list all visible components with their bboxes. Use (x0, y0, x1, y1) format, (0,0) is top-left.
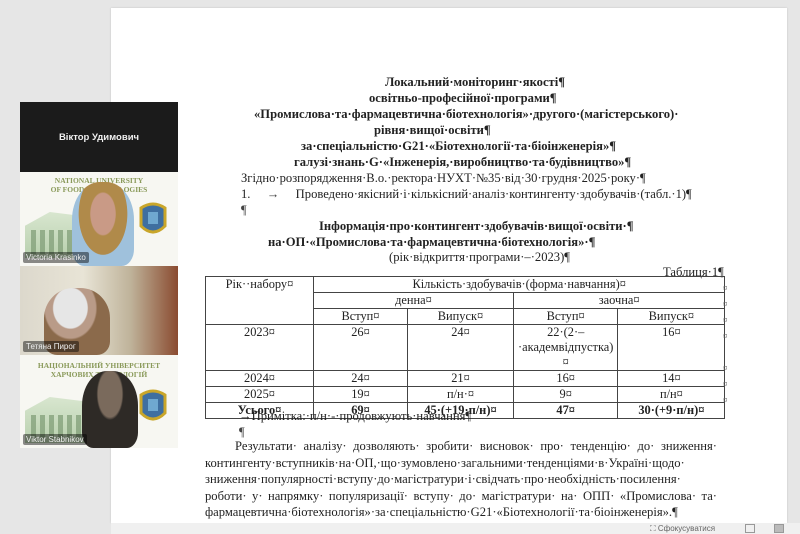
header-admission-part: Вступ¤ (514, 309, 618, 325)
cell: 19¤ (314, 387, 408, 403)
table-row: 2023¤ 26¤ 24¤ 22·(2·–·академвідпустка)¤ … (206, 325, 725, 371)
cell-year: 2025¤ (206, 387, 314, 403)
cell: 21¤ (408, 371, 514, 387)
header-part-time: заочна¤ (514, 293, 725, 309)
header-year: Рік··набору¤ (206, 277, 314, 325)
conclusion-text: Результати· аналізу· дозволяють· зробити… (205, 439, 717, 519)
participant-name: Тетяна Пирог (23, 341, 79, 352)
cell: 24¤ (314, 371, 408, 387)
cell: 26¤ (314, 325, 408, 371)
document-page[interactable]: Локальний·моніторинг·якості¶ освітньо-пр… (111, 8, 787, 523)
list-number: 1. (241, 187, 250, 201)
table-subheading: (рік·відкриття·програми·–·2023)¶ (389, 249, 570, 265)
heading-line-2: освітньо-професійної·програми¶ (369, 90, 557, 106)
row-end-mark: ¤ (723, 280, 728, 296)
row-end-mark: ¤ (723, 392, 728, 408)
empty-paragraph: ¶ (241, 202, 247, 218)
video-participants-panel: Віктор Удимович NATIONAL UNIVERSITY OF F… (20, 102, 178, 448)
heading-line-5: за·спеціальністю·G21·«Біотехнології·та·б… (301, 138, 616, 154)
participant-name: Віктор Удимович (59, 132, 139, 143)
list-item-1: 1. → Проведено·якісний·і·кількісний·анал… (241, 186, 692, 202)
heading-line-6: галузі·знань·G·«Інженерія,·виробництво·т… (294, 154, 631, 170)
tab-arrow: → (267, 187, 280, 201)
table-heading-line-2: на·ОП·«Промислова·та·фармацевтична·біоте… (268, 234, 595, 250)
heading-line-3: «Промислова·та·фармацевтична·біотехнолог… (254, 106, 678, 122)
table-note: →Примітка:·п/н·-·продовжують·навчання¶ (239, 408, 471, 424)
cell: п/н·¤ (408, 387, 514, 403)
cell: 16¤ (618, 325, 725, 371)
row-end-mark: ¤ (723, 296, 728, 312)
background-text: НАЦІОНАЛЬНИЙ УНІВЕРСИТЕТ (20, 361, 178, 370)
participant-tile[interactable]: НАЦІОНАЛЬНИЙ УНІВЕРСИТЕТ ХАРЧОВИХ ТЕХНОЛ… (20, 355, 178, 448)
participant-tile[interactable]: NATIONAL UNIVERSITY OF FOOD TECHNOLOGIES… (20, 172, 178, 266)
cell: 22·(2·–·академвідпустка)¤ (514, 325, 618, 371)
row-end-mark: ¤ (723, 360, 728, 376)
heading-line-4: рівня·вищої·освіти¶ (374, 122, 491, 138)
header-graduation-full: Випуск¤ (408, 309, 514, 325)
cell: п/н¤ (618, 387, 725, 403)
cell: 9¤ (514, 387, 618, 403)
conclusion-paragraph: Результати· аналізу· дозволяють· зробити… (205, 438, 717, 521)
heading-line-1: Локальний·моніторинг·якості¶ (385, 74, 565, 90)
participant-name: Victoria Krasinko (23, 252, 89, 263)
cell-year: 2023¤ (206, 325, 314, 371)
cell: 14¤ (618, 371, 725, 387)
university-crest-icon (136, 387, 170, 427)
row-end-mark: ¤ (723, 328, 728, 344)
participant-tile[interactable]: Віктор Удимович (20, 102, 178, 172)
row-end-mark: ¤ (723, 376, 728, 392)
focus-mode-icon: ⛶ (650, 524, 656, 533)
cell-year: 2024¤ (206, 371, 314, 387)
read-mode-icon[interactable] (745, 524, 755, 533)
cell: 30·(+9·п/н)¤ (618, 403, 725, 419)
table-heading-line-1: Інформація·про·контингент·здобувачів·вищ… (319, 218, 634, 234)
cell: 16¤ (514, 371, 618, 387)
participant-video (82, 371, 138, 448)
focus-mode-label: Сфокусуватися (658, 524, 715, 533)
order-line: Згідно·розпорядження·В.о.·ректора·НУХТ·№… (241, 170, 646, 186)
header-full-time: денна¤ (314, 293, 514, 309)
participant-name: Viktor Stabnikov (23, 434, 87, 445)
print-layout-icon[interactable] (774, 524, 784, 533)
cell: 47¤ (514, 403, 618, 419)
students-table: Рік··набору¤ Кількість·здобувачів·(форма… (205, 276, 725, 419)
row-end-mark: ¤ (723, 312, 728, 328)
header-count: Кількість·здобувачів·(форма·навчання)¤ (314, 277, 725, 293)
cell: 24¤ (408, 325, 514, 371)
header-graduation-part: Випуск¤ (618, 309, 725, 325)
table-row: 2024¤ 24¤ 21¤ 16¤ 14¤ (206, 371, 725, 387)
table-row: 2025¤ 19¤ п/н·¤ 9¤ п/н¤ (206, 387, 725, 403)
university-crest-icon (136, 200, 170, 240)
list-item-text: Проведено·якісний·і·кількісний·аналіз·ко… (296, 187, 692, 201)
header-admission-full: Вступ¤ (314, 309, 408, 325)
focus-mode-button[interactable]: ⛶ Сфокусуватися (650, 524, 715, 534)
participant-tile[interactable]: Тетяна Пирог (20, 266, 178, 355)
